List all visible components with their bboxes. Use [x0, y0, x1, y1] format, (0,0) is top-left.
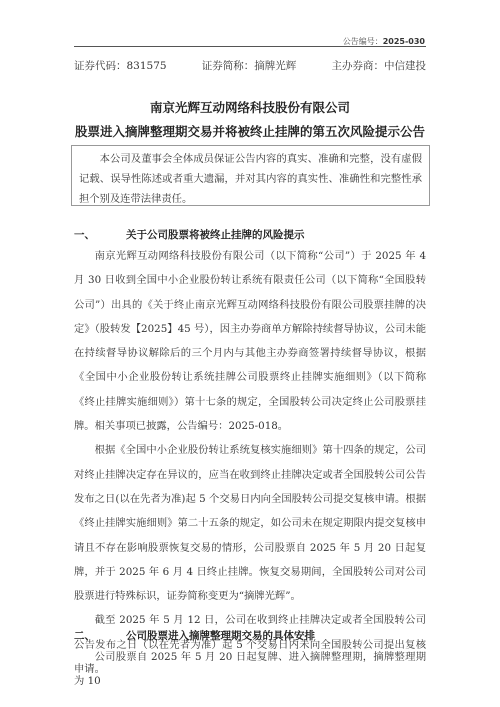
- section-heading-1: 一、 关于公司股票将被终止挂牌的风险提示: [74, 227, 305, 242]
- sponsor-broker: 主办券商：中信建投: [332, 58, 427, 73]
- paragraph: 公司股票自 2025 年 5 月 20 日起复牌、进入摘牌整理期，摘牌整理期为 …: [74, 645, 426, 694]
- section-title: 关于公司股票将被终止挂牌的风险提示: [126, 227, 305, 242]
- section-title: 公司股票进入摘牌整理期交易的具体安排: [126, 628, 315, 643]
- section-2-body: 公司股票自 2025 年 5 月 20 日起复牌、进入摘牌整理期，摘牌整理期为 …: [74, 645, 426, 694]
- section-1-body: 南京光辉互动网络科技股份有限公司（以下简称“公司”）于 2025 年 4 月 3…: [74, 244, 426, 681]
- securities-code: 证券代码：831575: [74, 58, 167, 73]
- paragraph: 根据《全国中小企业股份转让系统复核实施细则》第十四条的规定，公司对终止挂牌决定存…: [74, 438, 426, 608]
- header-rule: [74, 46, 426, 47]
- disclaimer-text: 本公司及董事会全体成员保证公告内容的真实、准确和完整，没有虚假记载、误导性陈述或…: [79, 149, 422, 209]
- announcement-number-value: 2025-030: [383, 37, 425, 46]
- announcement-number-label: 公告编号：: [343, 37, 383, 46]
- section-number: 一、: [74, 227, 126, 242]
- paragraph: 南京光辉互动网络科技股份有限公司（以下简称“公司”）于 2025 年 4 月 3…: [74, 244, 426, 438]
- company-title: 南京光辉互动网络科技股份有限公司: [0, 98, 500, 116]
- section-heading-2: 二、 公司股票进入摘牌整理期交易的具体安排: [74, 628, 315, 643]
- document-page: 公告编号：2025-030 证券代码：831575 证券简称：摘牌光辉 主办券商…: [0, 0, 500, 707]
- securities-meta-row: 证券代码：831575 证券简称：摘牌光辉 主办券商：中信建投: [74, 58, 426, 73]
- announcement-title: 股票进入摘牌整理期交易并将被终止挂牌的第五次风险提示公告: [0, 122, 500, 140]
- section-number: 二、: [74, 628, 126, 643]
- securities-short-name: 证券简称：摘牌光辉: [202, 58, 297, 73]
- disclaimer-box: 本公司及董事会全体成员保证公告内容的真实、准确和完整，没有虚假记载、误导性陈述或…: [71, 145, 430, 206]
